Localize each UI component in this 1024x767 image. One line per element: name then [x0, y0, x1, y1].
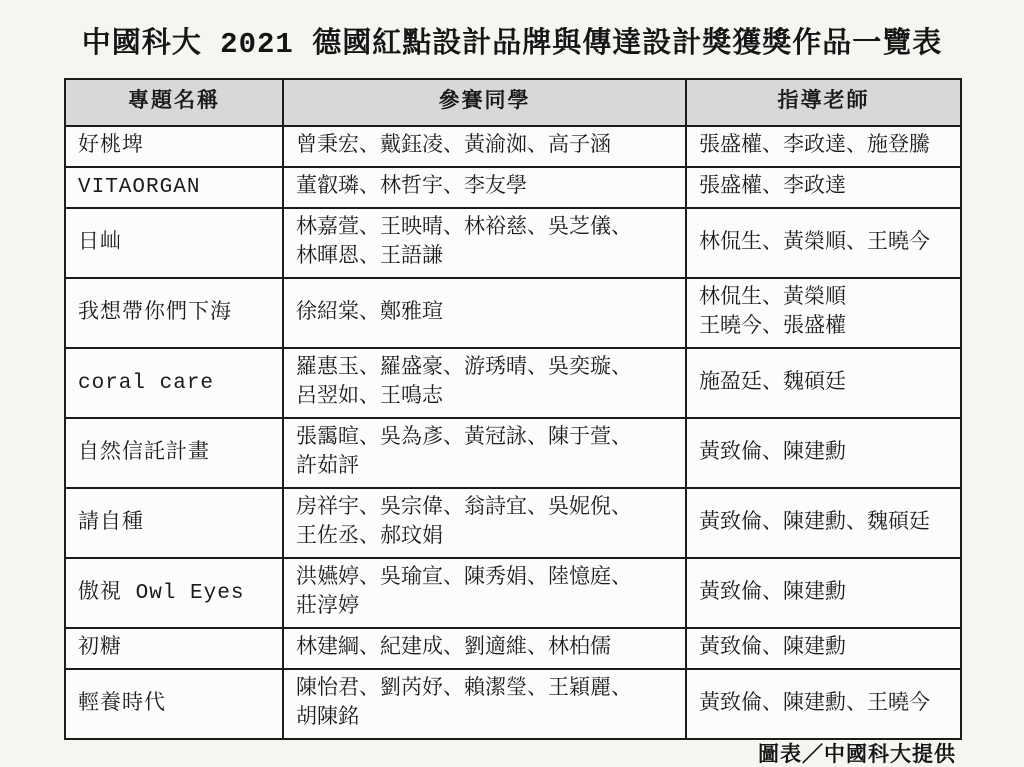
table-header-row: 專題名稱 參賽同學 指導老師 [65, 79, 961, 126]
advisors-cell: 黃致倫、陳建勳 [686, 418, 961, 488]
project-cell: 傲視 Owl Eyes [65, 558, 283, 628]
table-row: 初糖 林建綱、紀建成、劉適維、林柏儒 黃致倫、陳建勳 [65, 628, 961, 669]
page-title: 中國科大 2021 德國紅點設計品牌與傳達設計獎獲獎作品一覽表 [0, 20, 1024, 61]
students-cell: 房祥宇、吳宗偉、翁詩宜、吳妮倪、 王佐丞、郝玟娟 [283, 488, 686, 558]
students-cell: 羅惠玉、羅盛豪、游琇晴、吳奕璇、 呂翌如、王鳴志 [283, 348, 686, 418]
table-row: VITAORGAN 董叡璘、林哲宇、李友學 張盛權、李政達 [65, 167, 961, 208]
image-credit: 圖表／中國科大提供 [758, 738, 956, 767]
students-cell: 張靄暄、吳為彥、黃冠詠、陳于萱、 許茹評 [283, 418, 686, 488]
header-advisors: 指導老師 [686, 79, 961, 126]
project-cell: 請自種 [65, 488, 283, 558]
project-cell: 我想帶你們下海 [65, 278, 283, 348]
students-cell: 徐紹棠、鄭雅瑄 [283, 278, 686, 348]
project-cell: 自然信託計畫 [65, 418, 283, 488]
students-cell: 董叡璘、林哲宇、李友學 [283, 167, 686, 208]
advisors-cell: 林侃生、黃榮順、王曉今 [686, 208, 961, 278]
table-row: 我想帶你們下海 徐紹棠、鄭雅瑄 林侃生、黃榮順 王曉今、張盛權 [65, 278, 961, 348]
advisors-cell: 黃致倫、陳建勳、魏碩廷 [686, 488, 961, 558]
table-row: 傲視 Owl Eyes 洪嬿婷、吳瑜宣、陳秀娟、陸憶庭、 莊淳婷 黃致倫、陳建勳 [65, 558, 961, 628]
advisors-cell: 黃致倫、陳建勳 [686, 558, 961, 628]
table-row: 自然信託計畫 張靄暄、吳為彥、黃冠詠、陳于萱、 許茹評 黃致倫、陳建勳 [65, 418, 961, 488]
page: 中國科大 2021 德國紅點設計品牌與傳達設計獎獲獎作品一覽表 專題名稱 參賽同… [0, 0, 1024, 767]
project-cell: 輕養時代 [65, 669, 283, 739]
advisors-cell: 林侃生、黃榮順 王曉今、張盛權 [686, 278, 961, 348]
advisors-cell: 張盛權、李政達、施登騰 [686, 126, 961, 167]
project-cell: coral care [65, 348, 283, 418]
header-project: 專題名稱 [65, 79, 283, 126]
table-row: 輕養時代 陳怡君、劉芮妤、賴潔瑩、王穎麗、 胡陳銘 黃致倫、陳建勳、王曉今 [65, 669, 961, 739]
advisors-cell: 黃致倫、陳建勳、王曉今 [686, 669, 961, 739]
students-cell: 洪嬿婷、吳瑜宣、陳秀娟、陸憶庭、 莊淳婷 [283, 558, 686, 628]
table-row: 日屾 林嘉萱、王映晴、林裕慈、吳芝儀、 林暉恩、王語謙 林侃生、黃榮順、王曉今 [65, 208, 961, 278]
project-cell: 好桃埤 [65, 126, 283, 167]
table-row: coral care 羅惠玉、羅盛豪、游琇晴、吳奕璇、 呂翌如、王鳴志 施盈廷、… [65, 348, 961, 418]
table-row: 請自種 房祥宇、吳宗偉、翁詩宜、吳妮倪、 王佐丞、郝玟娟 黃致倫、陳建勳、魏碩廷 [65, 488, 961, 558]
students-cell: 林嘉萱、王映晴、林裕慈、吳芝儀、 林暉恩、王語謙 [283, 208, 686, 278]
awards-table: 專題名稱 參賽同學 指導老師 好桃埤 曾秉宏、戴鈺凌、黃渝洳、高子涵 張盛權、李… [64, 78, 962, 740]
header-students: 參賽同學 [283, 79, 686, 126]
table-row: 好桃埤 曾秉宏、戴鈺凌、黃渝洳、高子涵 張盛權、李政達、施登騰 [65, 126, 961, 167]
project-cell: 日屾 [65, 208, 283, 278]
advisors-cell: 黃致倫、陳建勳 [686, 628, 961, 669]
advisors-cell: 張盛權、李政達 [686, 167, 961, 208]
project-cell: VITAORGAN [65, 167, 283, 208]
students-cell: 陳怡君、劉芮妤、賴潔瑩、王穎麗、 胡陳銘 [283, 669, 686, 739]
project-cell: 初糖 [65, 628, 283, 669]
advisors-cell: 施盈廷、魏碩廷 [686, 348, 961, 418]
students-cell: 林建綱、紀建成、劉適維、林柏儒 [283, 628, 686, 669]
students-cell: 曾秉宏、戴鈺凌、黃渝洳、高子涵 [283, 126, 686, 167]
